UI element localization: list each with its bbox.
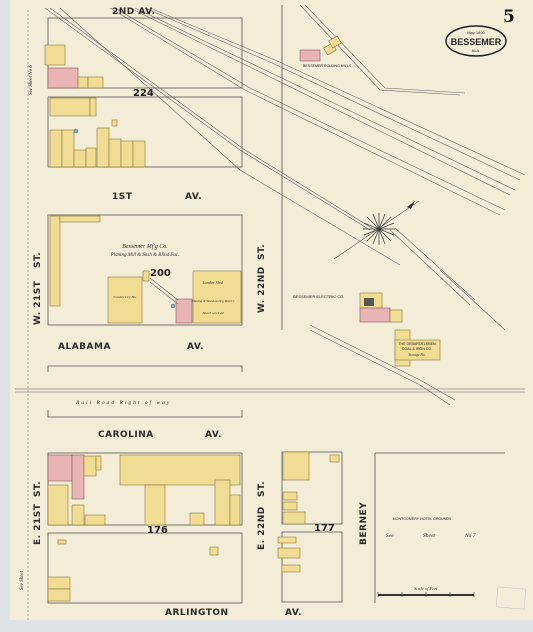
svg-text:Scale of Feet: Scale of Feet [414,586,438,591]
mfg-co-name: Bessemer Mf'g Co. [122,243,167,250]
state-name: ALA. [472,48,481,53]
planing-label: Planing & Wood-work'g Mach'y [191,299,235,303]
street-arlington-av: AV. [285,608,302,618]
sheet-label: Sheet [423,533,435,539]
block-number-177: 177 [314,523,335,534]
block-number-176: 176 [147,525,168,536]
sanborn-map-sheet: May 1890 BESSEMER ALA. 5 2ND AV. 1ST AV.… [0,0,533,632]
sheet-number: 5 [503,7,515,27]
coal-iron-label-3: Storage Ho. [408,353,425,357]
street-arlington: ARLINGTON [165,608,229,618]
street-1st-av: AV. [185,192,202,202]
see-label: See [386,533,394,539]
street-1st-av-num: 1ST [112,192,133,202]
rolling-mills-label: BESSEMER ROLLING MILLS [303,64,352,68]
block-number-200: 200 [150,268,171,279]
street-alabama-av: AV. [187,342,204,352]
block-number-224: 224 [133,88,154,99]
street-e21st-st: ST. [33,481,43,497]
see-sheet-west-note: See Sheet [20,570,25,590]
street-e21st: E. 21ST [33,503,43,545]
street-carolina: CAROLINA [98,430,154,440]
railroad-right-of-way: Rail Road Right of way [75,399,171,406]
dry-house-label: Lumber Dry Ho. [112,295,136,299]
sheet-no-7-label: No 7 [464,533,476,539]
see-sheet-6-note: See Sheet No 6 [29,65,34,95]
street-w21st: W. 21ST [33,280,43,325]
city-name: BESSEMER [451,37,502,47]
street-w22nd: W. 22ND [257,266,267,313]
map-date: May 1890 [467,30,485,35]
coal-iron-label-1: THE DEBARDELEBEN [398,342,436,346]
street-w21st-st: ST. [33,252,43,268]
street-carolina-av: AV. [205,430,222,440]
mfg-co-type: Planing Mill & Sash & Blind Fac. [110,253,180,258]
montgomery-hotel-label: MONTGOMERY HOTEL GROUNDS [393,517,452,521]
street-w22nd-st: ST. [257,244,267,260]
bench-work-label: Bench work 2d [203,311,224,315]
street-2nd-av: 2ND AV. [112,7,155,17]
electric-co-label: BESSEMER ELECTRIC CO. [293,294,344,299]
lumber-shed-label: Lumber Shed [202,281,223,285]
street-e22nd: E. 22ND [257,506,267,550]
street-berney: BERNEY [359,502,369,545]
street-alabama: ALABAMA [58,342,111,352]
coal-iron-label-2: COAL & IRON CO. [402,347,432,351]
street-e22nd-st: ST. [257,481,267,497]
